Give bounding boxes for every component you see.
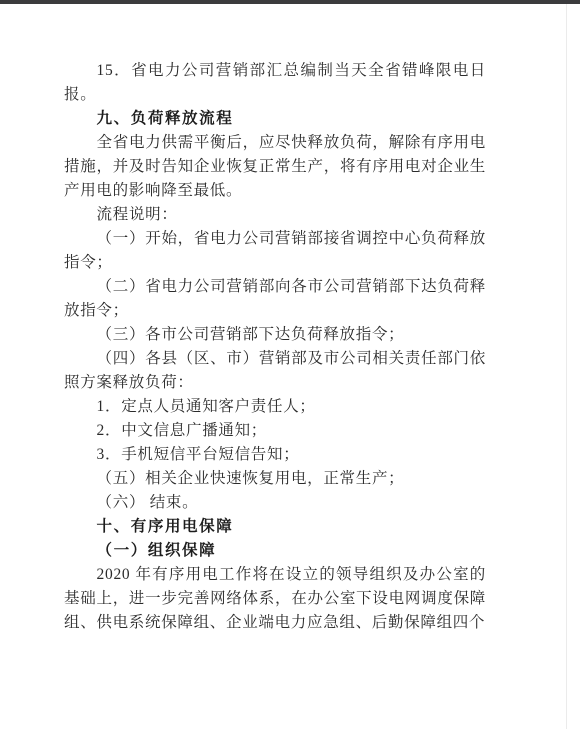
paragraph-step-4: （四）各县（区、市）营销部及市公司相关责任部门依照方案释放负荷： xyxy=(64,347,486,395)
paragraph-step-6: （六） 结束。 xyxy=(64,491,486,515)
page-edge-line xyxy=(566,4,567,729)
paragraph-step-4-item-2: 2．中文信息广播通知； xyxy=(64,419,486,443)
subsection-heading-org: （一）组织保障 xyxy=(64,539,486,563)
paragraph-step-5: （五）相关企业快速恢复用电，正常生产； xyxy=(64,467,486,491)
paragraph-load-release-intro: 全省电力供需平衡后，应尽快释放负荷，解除有序用电措施，并及时告知企业恢复正常生产… xyxy=(64,131,486,203)
paragraph-step-4-item-1: 1．定点人员通知客户责任人； xyxy=(64,395,486,419)
paragraph-step-1: （一）开始，省电力公司营销部接省调控中心负荷释放指令； xyxy=(64,227,486,275)
section-heading-9: 九、负荷释放流程 xyxy=(64,107,486,131)
paragraph-process-note-label: 流程说明： xyxy=(64,203,486,227)
paragraph-step-2: （二）省电力公司营销部向各市公司营销部下达负荷释放指令； xyxy=(64,275,486,323)
paragraph-step-4-item-3: 3．手机短信平台短信告知； xyxy=(64,443,486,467)
document-page: 15．省电力公司营销部汇总编制当天全省错峰限电日报。 九、负荷释放流程 全省电力… xyxy=(64,59,486,635)
section-heading-10: 十、有序用电保障 xyxy=(64,515,486,539)
paragraph-org-guarantee: 2020 年有序用电工作将在设立的领导组织及办公室的基础上，进一步完善网络体系，… xyxy=(64,563,486,635)
paragraph-list-item-15: 15．省电力公司营销部汇总编制当天全省错峰限电日报。 xyxy=(64,59,486,107)
window-top-bar xyxy=(0,0,580,4)
paragraph-step-3: （三）各市公司营销部下达负荷释放指令； xyxy=(64,323,486,347)
